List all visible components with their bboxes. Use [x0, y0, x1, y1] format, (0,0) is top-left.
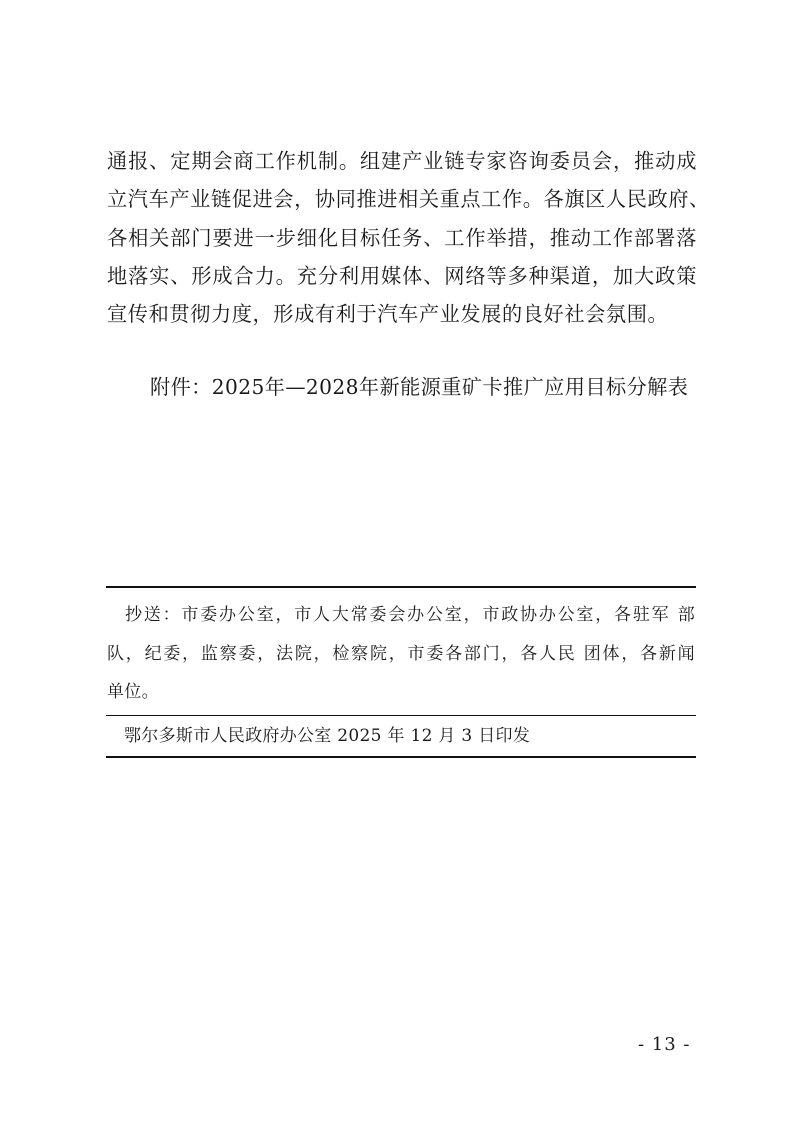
- divider-middle: [106, 715, 696, 716]
- page-number: - 13 -: [638, 1033, 691, 1057]
- cc-list: 抄送：市委办公室，市人大常委会办公室，市政协办公室，各驻军 部 队，纪委，监察委…: [107, 596, 695, 712]
- body-line: 各相关部门要进一步细化目标任务、工作举措，推动工作部署落: [107, 219, 697, 257]
- issuer-line: 鄂尔多斯市人民政府办公室 2025 年 12 月 3 日印发: [124, 723, 530, 749]
- cc-line: 单位。: [107, 673, 695, 712]
- body-line: 立汽车产业链促进会，协同推进相关重点工作。各旗区人民政府、: [107, 180, 697, 218]
- cc-line: 队，纪委，监察委，法院，检察院，市委各部门，各人民 团体，各新闻: [107, 635, 695, 674]
- body-line: 宣传和贯彻力度，形成有利于汽车产业发展的良好社会氛围。: [107, 295, 697, 333]
- cc-line: 抄送：市委办公室，市人大常委会办公室，市政协办公室，各驻军 部: [107, 596, 695, 635]
- body-line: 通报、定期会商工作机制。组建产业链专家咨询委员会，推动成: [107, 142, 697, 180]
- body-paragraph: 通报、定期会商工作机制。组建产业链专家咨询委员会，推动成 立汽车产业链促进会，协…: [107, 142, 697, 333]
- attachment-note: 附件：2025年—2028年新能源重矿卡推广应用目标分解表: [150, 372, 688, 402]
- divider-bottom: [106, 756, 696, 758]
- divider-top: [106, 586, 696, 588]
- body-line: 地落实、形成合力。充分利用媒体、网络等多种渠道，加大政策: [107, 257, 697, 295]
- document-page: 通报、定期会商工作机制。组建产业链专家咨询委员会，推动成 立汽车产业链促进会，协…: [0, 0, 793, 1122]
